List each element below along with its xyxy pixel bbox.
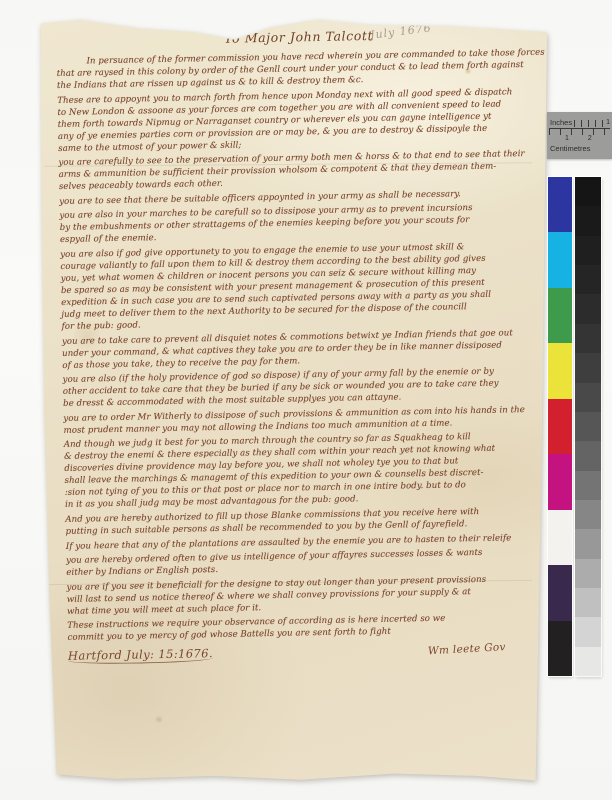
gray-step xyxy=(575,588,601,617)
grayscale-column xyxy=(575,177,601,676)
color-patch-blue xyxy=(548,177,572,232)
color-patch-dark-violet xyxy=(548,565,572,620)
inches-row: Inches 1 xyxy=(547,112,612,127)
cm-numbers: 1 2 xyxy=(547,135,612,143)
gray-step xyxy=(575,236,601,265)
cm-number-1: 1 xyxy=(565,135,569,143)
instruction-paragraph: you are to take care to prevent all disq… xyxy=(62,326,541,371)
gray-step xyxy=(575,500,601,529)
instruction-paragraph: you are also in your marches to be caref… xyxy=(59,201,538,246)
gray-step xyxy=(575,412,601,441)
gray-step xyxy=(575,471,601,500)
instruction-paragraph: These are to appoynt you to march forth … xyxy=(57,85,536,154)
inch-number: 1 xyxy=(606,119,610,127)
paper-stain xyxy=(154,716,164,723)
instruction-paragraph: In persuance of the former commission yo… xyxy=(56,47,535,92)
gray-step xyxy=(575,529,601,558)
gray-step xyxy=(575,383,601,412)
manuscript-sheet: July 1676 To Major John Talcott In persu… xyxy=(34,16,548,782)
gray-step xyxy=(575,177,601,206)
color-patch-red xyxy=(548,399,572,454)
dateline-row: Hartford July: 15:1676. Wm leete Gov xyxy=(68,641,520,664)
photo-stage: July 1676 To Major John Talcott In persu… xyxy=(0,0,612,800)
gray-step xyxy=(575,617,601,646)
gray-step xyxy=(575,206,601,235)
color-column xyxy=(548,177,572,676)
gray-step xyxy=(575,441,601,470)
letter-title: To Major John Talcott xyxy=(224,25,534,46)
inches-label: Inches xyxy=(550,118,572,127)
gray-step xyxy=(575,294,601,323)
calibration-strips xyxy=(548,177,601,676)
color-patch-yellow xyxy=(548,343,572,398)
cm-number-2: 2 xyxy=(588,135,592,143)
manuscript-body: In persuance of the former commission yo… xyxy=(56,47,545,644)
color-patch-magenta xyxy=(548,454,572,509)
instruction-paragraph: you are also (if the holy providence of … xyxy=(63,365,542,410)
color-patch-black xyxy=(548,621,572,676)
manuscript-text: To Major John Talcott In persuance of th… xyxy=(56,25,546,663)
paper-surface: July 1676 To Major John Talcott In persu… xyxy=(34,16,548,782)
centimetres-label: Centimetres xyxy=(547,143,612,153)
gray-step xyxy=(575,559,601,588)
gray-step xyxy=(575,265,601,294)
signature: Wm leete Gov xyxy=(428,641,506,657)
inch-ticks xyxy=(574,120,604,127)
color-patch-white xyxy=(548,510,572,565)
color-patch-cyan xyxy=(548,232,572,287)
instruction-paragraph: you are if you see it beneficiall for th… xyxy=(67,572,546,617)
gray-step xyxy=(575,647,601,676)
gray-step xyxy=(575,353,601,382)
instruction-paragraph: you are carefully to see to the preserva… xyxy=(58,148,537,193)
color-patch-green xyxy=(548,288,572,343)
instruction-paragraph: you are also if god give opportunety to … xyxy=(60,240,540,333)
instruction-paragraph: And though we judg it best for you to ma… xyxy=(64,430,543,511)
place-and-date: Hartford July: 15:1676. xyxy=(68,646,213,663)
gray-step xyxy=(575,324,601,353)
scale-ruler-card: Inches 1 1 2 Centimetres xyxy=(547,112,612,159)
